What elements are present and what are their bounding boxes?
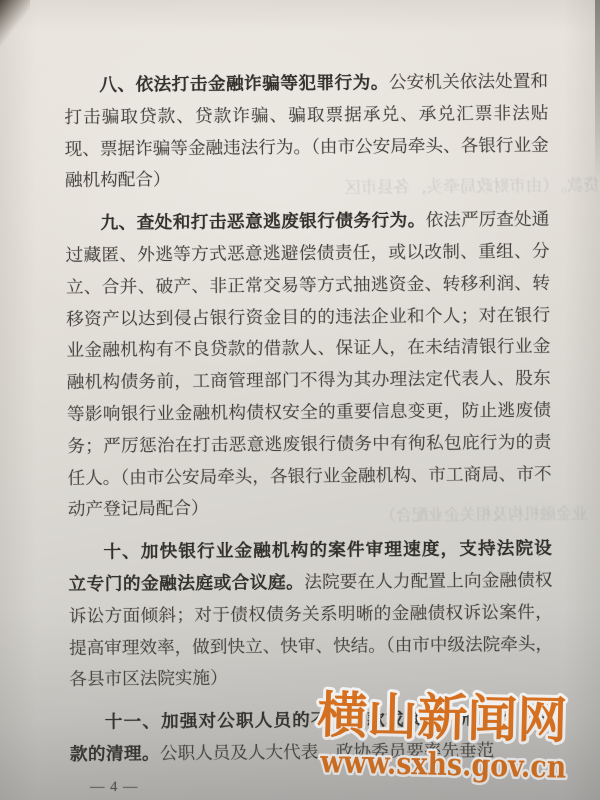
paragraph-heading: 八、依法打击金融诈骗等犯罪行为。 [99, 72, 389, 95]
paragraph-heading: 九、查处和打击恶意逃废银行债务行为。 [100, 210, 425, 233]
document-body: 八、依法打击金融诈骗等犯罪行为。公安机关依法处置和打击骗取贷款、贷款诈骗、骗取票… [64, 66, 554, 771]
paragraph-item-8: 八、依法打击金融诈骗等犯罪行为。公安机关依法处置和打击骗取贷款、贷款诈骗、骗取票… [64, 66, 549, 197]
photo-edge-shadow [595, 0, 600, 180]
page-number: — 4 — [90, 779, 139, 796]
photo-corner-shadow [0, 0, 30, 62]
document-photo: 贷款。（由市财政局牵头，各县市区 业金融机构及相关企业配合） 八、依法打击金融诈… [0, 0, 600, 800]
paragraph-item-10: 十、加快银行业金融机构的案件审理速度，支持法院设立专门的金融法庭或合议庭。法院要… [68, 533, 553, 696]
paragraph-item-9: 九、查处和打击恶意逃废银行债务行为。依法严厉查处通过藏匿、外逃等方式恶意逃避偿债… [65, 204, 552, 526]
paragraph-item-11: 十一、加强对公职人员的不良贷款或其担保形成不良贷款的清理。公职人员及人大代表、政… [70, 703, 555, 771]
paragraph-text: 公职人员及人大代表、政协委员要率先垂范 [160, 740, 494, 763]
paragraph-text: 依法严厉查处通过藏匿、外逃等方式恶意逃避偿债责任，或以改制、重组、分立、合并、破… [66, 209, 552, 519]
